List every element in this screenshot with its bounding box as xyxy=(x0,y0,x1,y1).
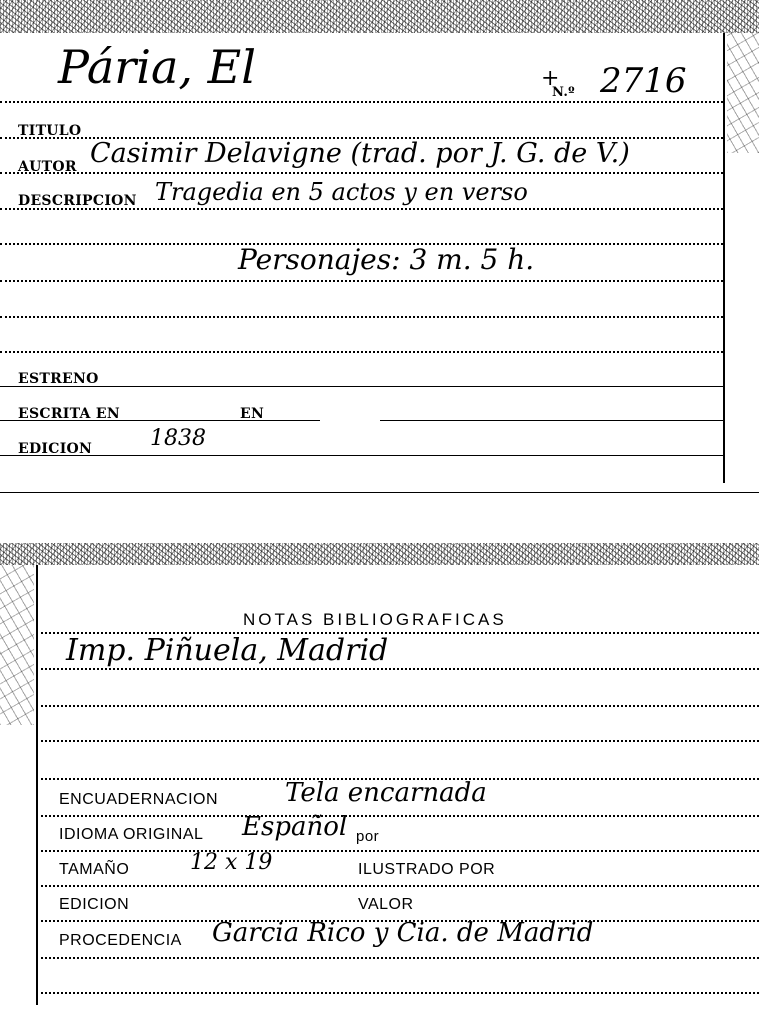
encuadernacion-label: ENCUADERNACION xyxy=(59,792,218,808)
procedencia-label: PROCEDENCIA xyxy=(59,933,182,949)
number-value: 2716 xyxy=(600,64,687,98)
scan-noise-band-bottom xyxy=(0,543,759,565)
descripcion-label: DESCRIPCION xyxy=(18,194,137,208)
estreno-label: ESTRENO xyxy=(18,372,99,386)
rule-line xyxy=(0,316,723,318)
tamano-label: TAMAÑO xyxy=(59,862,129,878)
rule-line xyxy=(36,850,759,852)
ilustrado-por-label: ILUSTRADO POR xyxy=(358,862,495,878)
idioma-original-value: Español xyxy=(242,814,347,840)
procedencia-value: Garcia Rico y Cia. de Madrid xyxy=(212,920,593,946)
rule-line xyxy=(36,885,759,887)
scan-noise-right-edge xyxy=(727,33,759,153)
rule-line xyxy=(36,740,759,742)
rule-line xyxy=(36,705,759,707)
por-label: por xyxy=(356,829,379,844)
scan-noise-left-edge xyxy=(0,565,34,725)
en-label: EN xyxy=(240,407,264,421)
personajes-value: Personajes: 3 m. 5 h. xyxy=(238,246,534,274)
titulo-label: TITULO xyxy=(18,124,81,138)
descripcion-value: Tragedia en 5 actos y en verso xyxy=(155,180,528,204)
rule-line xyxy=(0,280,723,282)
idioma-original-label: IDIOMA ORIGINAL xyxy=(59,827,203,843)
rule-line xyxy=(36,668,759,670)
encuadernacion-value: Tela encarnada xyxy=(285,780,487,806)
rule-line xyxy=(0,386,723,387)
rule-line xyxy=(36,815,759,817)
edicion-value: 1838 xyxy=(150,428,206,450)
rule-line xyxy=(0,420,320,421)
edicion-label-bottom: EDICION xyxy=(59,897,129,913)
valor-label: VALOR xyxy=(358,897,414,913)
title-handwritten: Pária, El xyxy=(58,44,256,90)
autor-value: Casimir Delavigne (trad. por J. G. de V.… xyxy=(90,140,630,167)
number-label: N.º xyxy=(552,86,575,99)
rule-line xyxy=(36,992,759,994)
rule-line xyxy=(36,957,759,959)
tamano-value: 12 x 19 xyxy=(190,852,272,874)
rule-line xyxy=(0,172,723,174)
card-bottom-edge xyxy=(0,492,759,493)
rule-line xyxy=(0,208,723,210)
escrita-en-label: ESCRITA EN xyxy=(18,407,120,421)
rule-line xyxy=(0,351,723,353)
scan-noise-band-top xyxy=(0,0,759,33)
rule-line xyxy=(380,420,723,421)
notas-heading: NOTAS BIBLIOGRAFICAS xyxy=(243,611,507,628)
card-left-border xyxy=(36,565,38,1005)
notes-value: Imp. Piñuela, Madrid xyxy=(66,636,388,666)
edicion-label: EDICION xyxy=(18,442,92,456)
rule-line xyxy=(0,455,723,456)
rule-line xyxy=(0,101,723,103)
card-right-border xyxy=(723,33,725,483)
